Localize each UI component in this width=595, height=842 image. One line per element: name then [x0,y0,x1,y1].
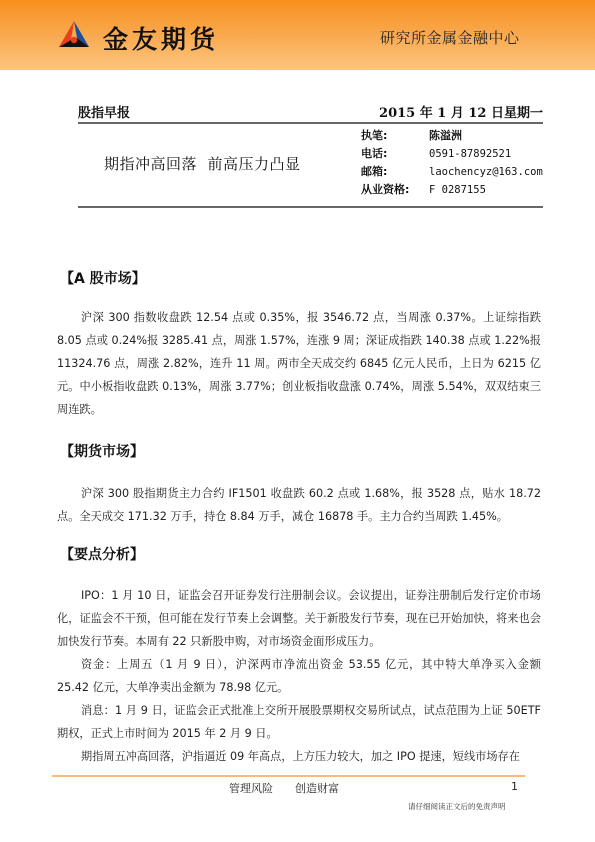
department-name: 研究所金属金融中心 [380,27,520,48]
author-row-pen: 执笔: 陈溢洲 [361,127,543,145]
author-row-email: 邮箱: laochencyz@163.com [361,163,543,181]
paragraph-a-share: 沪深 300 指数收盘跌 12.54 点或 0.35%，报 3546.72 点，… [57,306,541,421]
paragraph-outlook: 期指周五冲高回落，沪指逼近 09 年高点，上方压力较大，加之 IPO 提速，短线… [57,745,541,768]
paragraph-ipo: IPO：1 月 10 日，证监会召开证券发行注册制会议。会议提出，证券注册制后发… [57,584,541,653]
section-title-a-share: 【A 股市场】 [60,268,146,288]
report-type: 股指早报 [78,102,130,121]
author-row-license: 从业资格: F 0287155 [361,181,543,199]
paragraph-futures: 沪深 300 股指期货主力合约 IF1501 收盘跌 60.2 点或 1.68%… [57,482,541,528]
header-bottom-rule [78,206,543,208]
brand-name: 金友期货 [103,20,219,56]
section-title-analysis: 【要点分析】 [60,544,144,564]
report-date: 2015 年 1 月 12 日星期一 [379,102,543,121]
author-row-phone: 电话: 0591-87892521 [361,145,543,163]
phone-value: 0591-87892521 [429,145,511,163]
report-headline: 期指冲高回落 前高压力凸显 [104,153,301,174]
license-value: F 0287155 [429,181,486,199]
paragraph-news: 消息：1 月 9 日，证监会正式批准上交所开展股票期权交易所试点，试点范围为上证… [57,699,541,745]
disclaimer-note: 请仔细阅读正文后的免责声明 [408,801,506,812]
tri-color-triangle-logo-icon [57,20,91,50]
license-label: 从业资格: [361,181,429,199]
paragraph-funds: 资金：上周五（1 月 9 日），沪深两市净流出资金 53.55 亿元，其中特大单… [57,653,541,699]
header-band: 金友期货 研究所金属金融中心 [0,0,595,70]
slogan-right: 创造财富 [295,782,339,795]
section-title-futures: 【期货市场】 [60,441,144,461]
footer-slogan: 管理风险创造财富 [229,780,339,796]
email-value[interactable]: laochencyz@163.com [429,163,543,181]
footer-rule [52,775,525,777]
author-name: 陈溢洲 [429,127,462,145]
email-label: 邮箱: [361,163,429,181]
phone-label: 电话: [361,145,429,163]
page-number: 1 [511,780,518,793]
header-top-rule [78,122,543,124]
slogan-left: 管理风险 [229,782,273,795]
author-info: 执笔: 陈溢洲 电话: 0591-87892521 邮箱: laochencyz… [361,127,543,199]
pen-label: 执笔: [361,127,429,145]
